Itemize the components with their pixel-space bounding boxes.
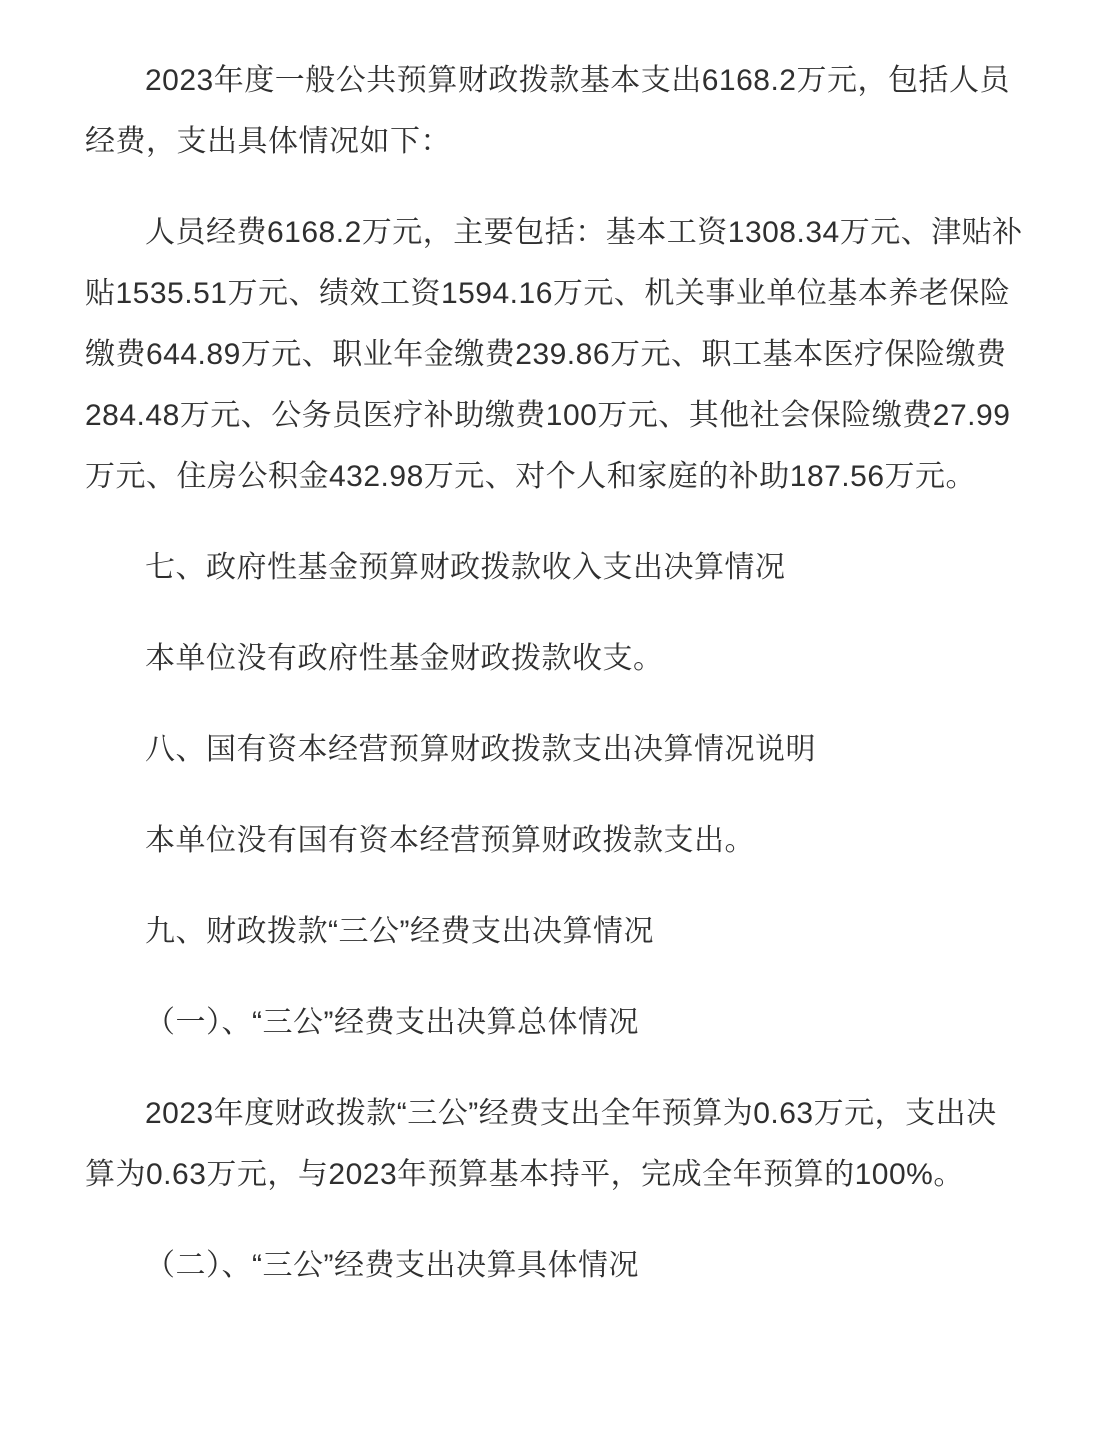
heading-section-seven-gov-fund-budget: 七、政府性基金预算财政拨款收入支出决算情况 xyxy=(85,537,1023,598)
paragraph-three-public-budget-summary: 2023年度财政拨款“三公”经费支出全年预算为0.63万元，支出决算为0.63万… xyxy=(85,1083,1023,1205)
subheading-three-public-overall-situation: （一）、“三公”经费支出决算总体情况 xyxy=(85,992,1023,1053)
document-page: 2023年度一般公共预算财政拨款基本支出6168.2万元，包括人员经费，支出具体… xyxy=(0,0,1105,1296)
paragraph-general-budget-basic-expenditure: 2023年度一般公共预算财政拨款基本支出6168.2万元，包括人员经费，支出具体… xyxy=(85,50,1023,172)
paragraph-no-gov-fund-note: 本单位没有政府性基金财政拨款收支。 xyxy=(85,628,1023,689)
paragraph-personnel-expenses-breakdown: 人员经费6168.2万元，主要包括：基本工资1308.34万元、津贴补贴1535… xyxy=(85,202,1023,507)
heading-section-eight-state-capital-budget: 八、国有资本经营预算财政拨款支出决算情况说明 xyxy=(85,719,1023,780)
subheading-three-public-specific-situation: （二）、“三公”经费支出决算具体情况 xyxy=(85,1235,1023,1296)
heading-section-nine-three-public-expenses: 九、财政拨款“三公”经费支出决算情况 xyxy=(85,901,1023,962)
paragraph-no-state-capital-note: 本单位没有国有资本经营预算财政拨款支出。 xyxy=(85,810,1023,871)
